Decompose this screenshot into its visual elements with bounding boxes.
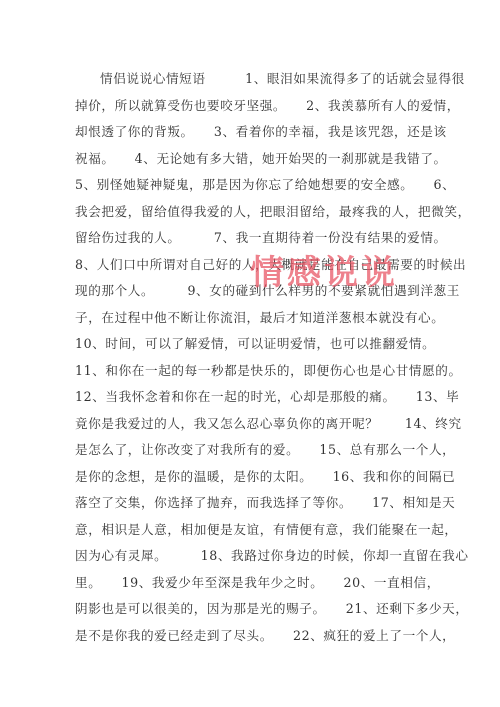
text-line: 阴影也是可以很美的，因为那是光的赐子。 21、还剩下多少天， <box>75 596 430 623</box>
text-line: 12、当我怀念着和你在一起的时光，心却是那般的痛。 13、毕 <box>75 384 430 411</box>
text-line: 子，在过程中他不断让你流泪，最后才知道洋葱根本就没有心。 <box>75 305 430 332</box>
text-line: 8、人们口中所谓对自己好的人，大概就是能在自己最需要的时候出 <box>75 252 430 279</box>
text-line: 却恨透了你的背叛。 3、看着你的幸福，我是该咒怨，还是该 <box>75 119 430 146</box>
text-line: 意，相识是人意，相加便是友谊，有情便有意，我们能聚在一起， <box>75 517 430 544</box>
text-line: 是你的念想，是你的温暖，是你的太阳。 16、我和你的间隔已 <box>75 464 430 491</box>
text-line: 掉价，所以就算受伤也要咬牙坚强。 2、我羡慕所有人的爱情， <box>75 93 430 120</box>
text-line: 10、时间，可以了解爱情，可以证明爱情，也可以推翻爱情。 <box>75 331 430 358</box>
text-line: 祝福。 4、无论她有多大错，她开始哭的一刹那就是我错了。 <box>75 146 430 173</box>
text-line: 11、和你在一起的每一秒都是快乐的，即便伤心也是心甘情愿的。 <box>75 358 430 385</box>
text-line: 5、别怪她疑神疑鬼，那是因为你忘了给她想要的安全感。 6、 <box>75 172 430 199</box>
text-line: 现的那个人。 9、女的碰到什么样男的不要紧就怕遇到洋葱王 <box>75 278 430 305</box>
document-body: 情侣说说心情短语 1、眼泪如果流得多了的话就会显得很 掉价，所以就算受伤也要咬牙… <box>75 66 430 649</box>
text-line-title: 情侣说说心情短语 1、眼泪如果流得多了的话就会显得很 <box>75 66 430 93</box>
text-line: 里。 19、我爱少年至深是我年少之时。 20、一直相信， <box>75 570 430 597</box>
text-line: 落空了交集，你选择了抛弃，而我选择了等你。 17、相知是天 <box>75 490 430 517</box>
text-line: 留给伤过我的人。 7、我一直期待着一份没有结果的爱情。 <box>75 225 430 252</box>
text-line: 是不是你我的爱已经走到了尽头。 22、疯狂的爱上了一个人， <box>75 623 430 650</box>
text-line: 我会把爱，留给值得我爱的人，把眼泪留给，最疼我的人，把微笑， <box>75 199 430 226</box>
text-line: 竟你是我爱过的人，我又怎么忍心辜负你的离开呢？ 14、终究 <box>75 411 430 438</box>
text-line: 因为心有灵犀。 18、我路过你身边的时候，你却一直留在我心 <box>75 543 430 570</box>
text-line: 是怎么了，让你改变了对我所有的爱。 15、总有那么一个人， <box>75 437 430 464</box>
document-page: 情侣说说心情短语 1、眼泪如果流得多了的话就会显得很 掉价，所以就算受伤也要咬牙… <box>0 0 500 707</box>
